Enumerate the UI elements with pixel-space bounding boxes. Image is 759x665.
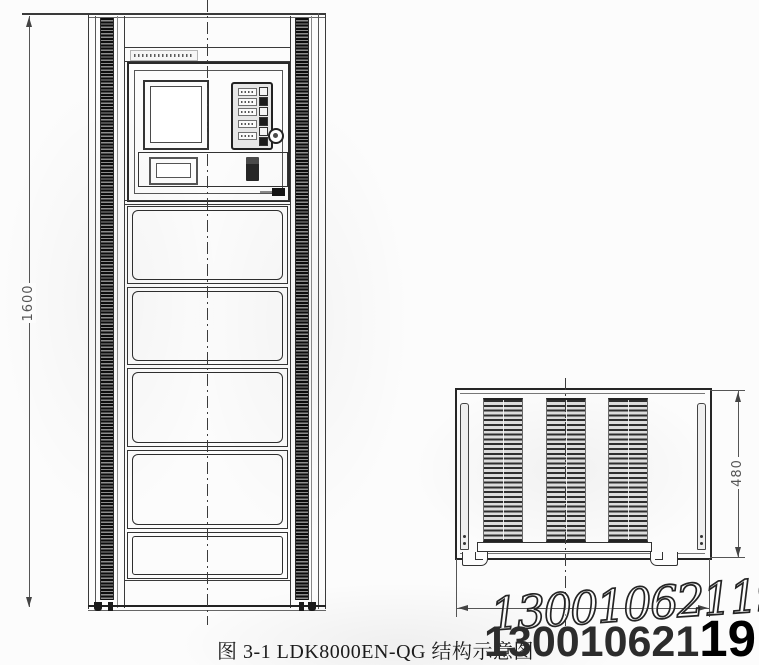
corner-bracket-left: [462, 552, 488, 566]
sub-display: [156, 163, 191, 178]
vent-grille-2: [546, 398, 586, 542]
rail-hole: [700, 535, 703, 538]
keypad-panel: [231, 82, 273, 150]
cabinet-foot: [299, 602, 304, 611]
keypad-button: [238, 120, 257, 128]
indicator-key: [259, 137, 268, 146]
round-button-dot: [273, 133, 278, 138]
cabinet-left-outer-edge: [88, 13, 89, 609]
nameplate-strip: [130, 50, 198, 61]
watermark-phone-bold: 13001062119: [484, 613, 756, 664]
keypad-button-label-blur: [241, 101, 254, 103]
panel-footer-dash: [260, 191, 272, 193]
dim-arrow-down-icon: [26, 597, 32, 607]
panel-footer-badge: [272, 188, 285, 196]
cabinet-left-edge3: [117, 16, 118, 608]
mounting-rail-right: [295, 18, 309, 600]
height-dimension-label: 1600: [22, 283, 36, 323]
dim-arrow-left-icon: [458, 605, 468, 611]
top-view-rail-right: [697, 403, 706, 550]
cabinet-foot: [94, 602, 102, 611]
indicator-key: [259, 127, 268, 136]
watermark-phone-bold-main: 130010621: [484, 618, 699, 665]
keypad-button: [238, 108, 257, 116]
cabinet-foot: [108, 602, 113, 611]
cabinet-right-outer-edge: [325, 13, 326, 609]
keypad-button-label-blur: [241, 135, 254, 137]
keypad-button: [238, 132, 257, 140]
keypad-button: [238, 88, 257, 96]
rail-hole: [700, 542, 703, 545]
figure-page: 1600: [0, 0, 759, 665]
indicator-key: [259, 107, 268, 116]
dim-arrow-up-icon: [26, 17, 32, 27]
round-button: [268, 128, 284, 144]
display-screen: [150, 86, 202, 143]
indicator-key: [259, 117, 268, 126]
top-extension-line: [22, 13, 326, 15]
corner-bracket-right: [650, 552, 678, 566]
body-right-edge: [290, 16, 291, 608]
front-view-centerline: [207, 0, 208, 625]
rail-hole: [463, 535, 466, 538]
grille-centerline: [503, 400, 504, 540]
vent-grille-3: [608, 398, 648, 542]
dim-arrow-up-icon: [735, 392, 741, 402]
cabinet-foot: [308, 602, 316, 611]
switch-block: [246, 157, 259, 181]
indicator-key: [259, 97, 268, 106]
depth-ext-line-top: [710, 390, 745, 391]
keypad-button-label-blur: [241, 123, 254, 125]
watermark-phone-bold-tail: 19: [699, 610, 756, 665]
top-view-rail-left: [460, 403, 469, 550]
keypad-button: [238, 98, 257, 106]
keypad-button-label-blur: [241, 111, 254, 113]
grille-centerline: [628, 400, 629, 540]
indicator-key: [259, 87, 268, 96]
nameplate-text-blur: [134, 54, 192, 57]
body-left-edge: [124, 16, 125, 608]
top-view-inner-top-line: [460, 393, 705, 394]
bracket-notch: [475, 552, 483, 560]
depth-ext-line-bottom: [710, 557, 745, 558]
cabinet-right-edge3: [311, 16, 312, 608]
cabinet-left-edge2: [95, 16, 96, 608]
depth-dimension-label: 480: [731, 457, 745, 489]
vent-grille-1: [483, 398, 523, 542]
bracket-notch: [655, 552, 663, 560]
cabinet-right-edge2: [318, 13, 319, 609]
keypad-button-label-blur: [241, 91, 254, 93]
mounting-rail-left: [100, 18, 114, 600]
dim-arrow-down-icon: [735, 547, 741, 557]
rail-hole: [463, 542, 466, 545]
grille-centerline: [566, 400, 567, 540]
